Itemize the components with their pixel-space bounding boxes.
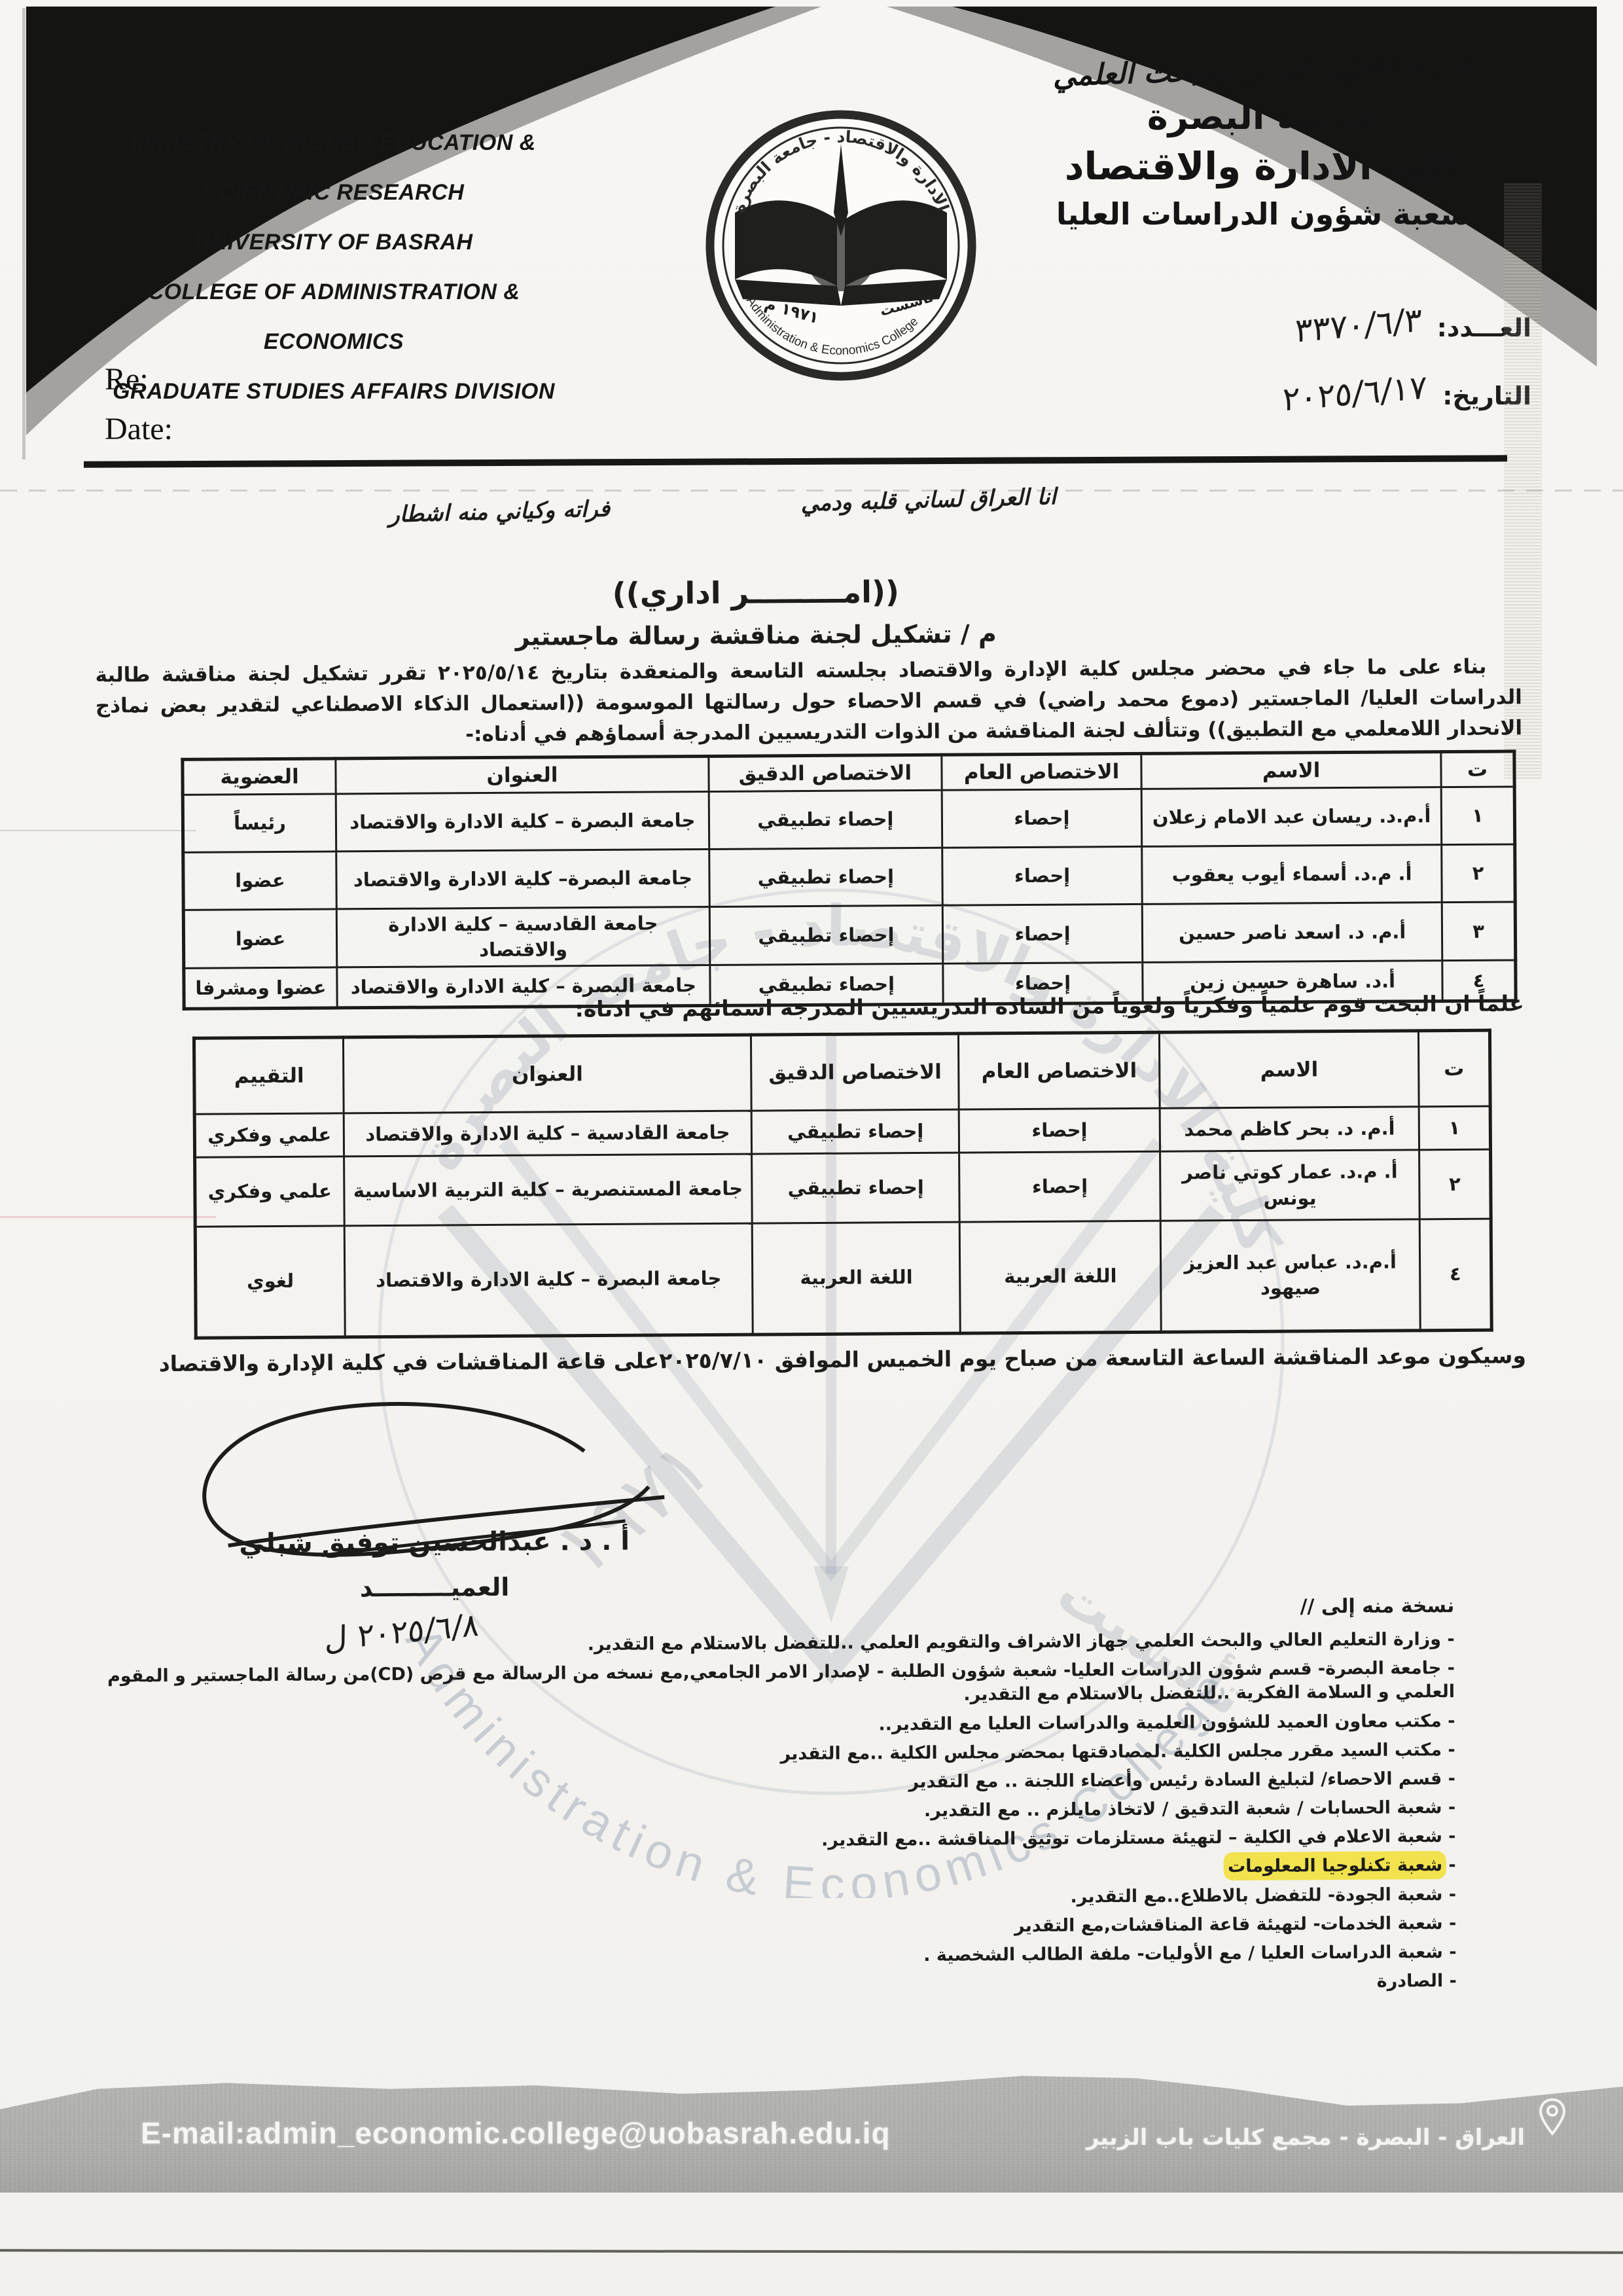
defense-schedule-paragraph: وسيكون موعد المناقشة الساعة التاسعة من ص…: [99, 1338, 1526, 1380]
table-cell: جامعة البصرة – كلية الادارة والاقتصاد: [344, 1223, 753, 1337]
table-cell: اللغة العربية: [959, 1221, 1161, 1333]
highlighted-distribution-item: شعبة تكنلوجيا المعلومات: [1228, 1856, 1442, 1877]
table-cell: ٢: [1442, 844, 1515, 903]
table-row: ٤أ.م.د. عباس عبد العزيز صيهوداللغة العرب…: [195, 1219, 1491, 1338]
distribution-list: نسخة منه إلى // - وزارة التعليم العالي و…: [101, 1594, 1457, 2007]
distribution-item: - شعبة الاعلام في الكلية – لتهيئة مستلزم…: [102, 1825, 1455, 1857]
table-cell: عضوا: [183, 909, 337, 969]
column-header: ت: [1419, 1030, 1491, 1107]
table-row: ١أ.م.د. ريسان عبد الامام زعلانإحصاءإحصاء…: [183, 787, 1514, 852]
column-header: العنوان: [343, 1035, 751, 1113]
table-cell: إحصاء تطبيقي: [752, 1153, 959, 1223]
table-cell: ٤: [1419, 1219, 1491, 1331]
table-row: ٢أ. م.د. عمار كوتي ناصر يونسإحصاءإحصاء ت…: [195, 1149, 1491, 1227]
table-cell: عضوا: [183, 852, 337, 910]
table-cell: ١: [1419, 1106, 1490, 1150]
table-cell: إحصاء: [942, 846, 1143, 905]
table-row: ٣أ.م. د. اسعد ناصر حسينإحصاءإحصاء تطبيقي…: [183, 902, 1516, 969]
scanned-letter-page: كلية الادارة والاقتصاد - جامعة البصرة Ad…: [0, 0, 1623, 2296]
letter-body: انا العراق لساني قلبه ودمي فراته وكياني …: [0, 0, 1623, 2296]
table-cell: أ.م. د. اسعد ناصر حسين: [1142, 903, 1442, 963]
distribution-item: - شعبة الخدمات- لتهيئة قاعة المناقشات,مع…: [103, 1912, 1456, 1944]
evaluators-table: تالاسمالاختصاص العامالاختصاص الدقيقالعنو…: [192, 1029, 1493, 1340]
column-header: الاسم: [1141, 752, 1441, 789]
table-cell: أ.م.د. عباس عبد العزيز صيهود: [1160, 1219, 1420, 1332]
distribution-item: - مكتب معاون العميد للشؤون العلمية والدر…: [101, 1710, 1455, 1742]
table-cell: علمي وفكري: [195, 1157, 344, 1227]
order-subject: م / تشكيل لجنة مناقشة رسالة ماجستير: [481, 619, 1031, 651]
committee-table: تالاسمالاختصاص العامالاختصاص الدقيقالعنو…: [181, 749, 1517, 1011]
distribution-item: - شعبة الجودة- للتفضل بالاطلاع..مع التقد…: [103, 1883, 1456, 1915]
table-cell: إحصاء: [942, 904, 1143, 963]
table-cell: جامعة المستنصرية – كلية التربية الاساسية: [344, 1154, 752, 1226]
table-cell: أ.م.د. ريسان عبد الامام زعلان: [1141, 787, 1441, 847]
dean-name: أ . د . عبدالحسين توفيق شبلي: [166, 1526, 703, 1559]
footer-address: العراق - البصرة - مجمع كليات باب الزبير: [1086, 2125, 1531, 2151]
distribution-item: - شعبة الدراسات العليا / مع الأوليات- مل…: [103, 1941, 1456, 1973]
slogan-right-half: انا العراق لساني قلبه ودمي: [800, 484, 1056, 517]
table-cell: أ.م. د. بحر كاظم محمد: [1160, 1107, 1419, 1151]
distribution-item: - شعبة تكنلوجيا المعلومات: [103, 1854, 1456, 1886]
column-header: الاسم: [1160, 1031, 1419, 1108]
distribution-item: - مكتب السيد مقرر مجلس الكلية .لمصادقتها…: [102, 1738, 1455, 1770]
slogan-left-half: فراته وكياني منه اشطار: [389, 495, 611, 528]
table-cell: جامعة القادسية – كلية الادارة والاقتصاد: [344, 1111, 752, 1157]
column-header: العنوان: [336, 756, 709, 793]
distribution-item: - جامعة البصرة- قسم شؤون الدراسات العليا…: [101, 1657, 1455, 1712]
table-cell: اللغة العربية: [753, 1222, 961, 1335]
table-cell: لغوي: [195, 1226, 345, 1338]
table-row: ١أ.م. د. بحر كاظم محمدإحصاءإحصاء تطبيقيج…: [194, 1106, 1490, 1157]
table-cell: جامعة البصرة – كلية الادارة والاقتصاد: [336, 791, 709, 851]
column-header: العضوية: [183, 759, 336, 795]
table-cell: إحصاء: [959, 1108, 1160, 1153]
order-intro-paragraph: بناء على ما جاء في محضر مجلس كلية الإدار…: [95, 651, 1522, 753]
table-cell: علمي وفكري: [194, 1113, 344, 1157]
administrative-order-title: ((امـــــــــر اداري)): [546, 574, 965, 612]
table-cell: إحصاء تطبيقي: [709, 790, 942, 849]
column-header: الاختصاص العام: [959, 1032, 1160, 1109]
table-cell: أ. م.د. أسماء أيوب يعقوب: [1142, 845, 1442, 905]
column-header: التقييم: [194, 1037, 343, 1114]
column-header: الاختصاص الدقيق: [709, 755, 942, 791]
table-cell: إحصاء: [959, 1151, 1161, 1222]
column-header: ت: [1441, 751, 1514, 787]
table-cell: إحصاء: [942, 789, 1142, 848]
footer-email: E-mail:admin_economic.college@uobasrah.e…: [141, 2115, 891, 2151]
table-cell: إحصاء تطبيقي: [752, 1109, 959, 1154]
column-header: الاختصاص العام: [942, 753, 1142, 790]
table-cell: أ. م.د. عمار كوتي ناصر يونس: [1160, 1150, 1420, 1221]
table-row: ٢أ. م.د. أسماء أيوب يعقوبإحصاءإحصاء تطبي…: [183, 844, 1515, 910]
table-cell: ١: [1441, 787, 1514, 845]
dean-title: العميـــــــــد: [166, 1571, 703, 1604]
distribution-item: - قسم الاحصاء/ لتبليغ السادة رئيس وأعضاء…: [102, 1767, 1455, 1799]
column-header: الاختصاص الدقيق: [751, 1033, 959, 1111]
table-cell: جامعة البصرة– كلية الادارة والاقتصاد: [336, 849, 709, 908]
distribution-item: - شعبة الحسابات / شعبة التدقيق / لاتخاذ …: [102, 1796, 1455, 1828]
table-cell: جامعة القادسية – كلية الادارة والاقتصاد: [336, 906, 709, 967]
table-cell: رئيساً: [183, 794, 336, 852]
table-cell: ٢: [1419, 1149, 1491, 1219]
distribution-item: - وزارة التعليم العالي والبحث العلمي جها…: [101, 1628, 1455, 1660]
location-pin-icon: [1539, 2098, 1565, 2136]
table-cell: ٣: [1442, 902, 1515, 961]
table-cell: إحصاء تطبيقي: [709, 905, 943, 965]
table-cell: إحصاء تطبيقي: [709, 848, 943, 906]
national-slogan: انا العراق لساني قلبه ودمي فراته وكياني …: [389, 484, 1057, 528]
distribution-item: - الصادرة: [103, 1969, 1457, 2001]
